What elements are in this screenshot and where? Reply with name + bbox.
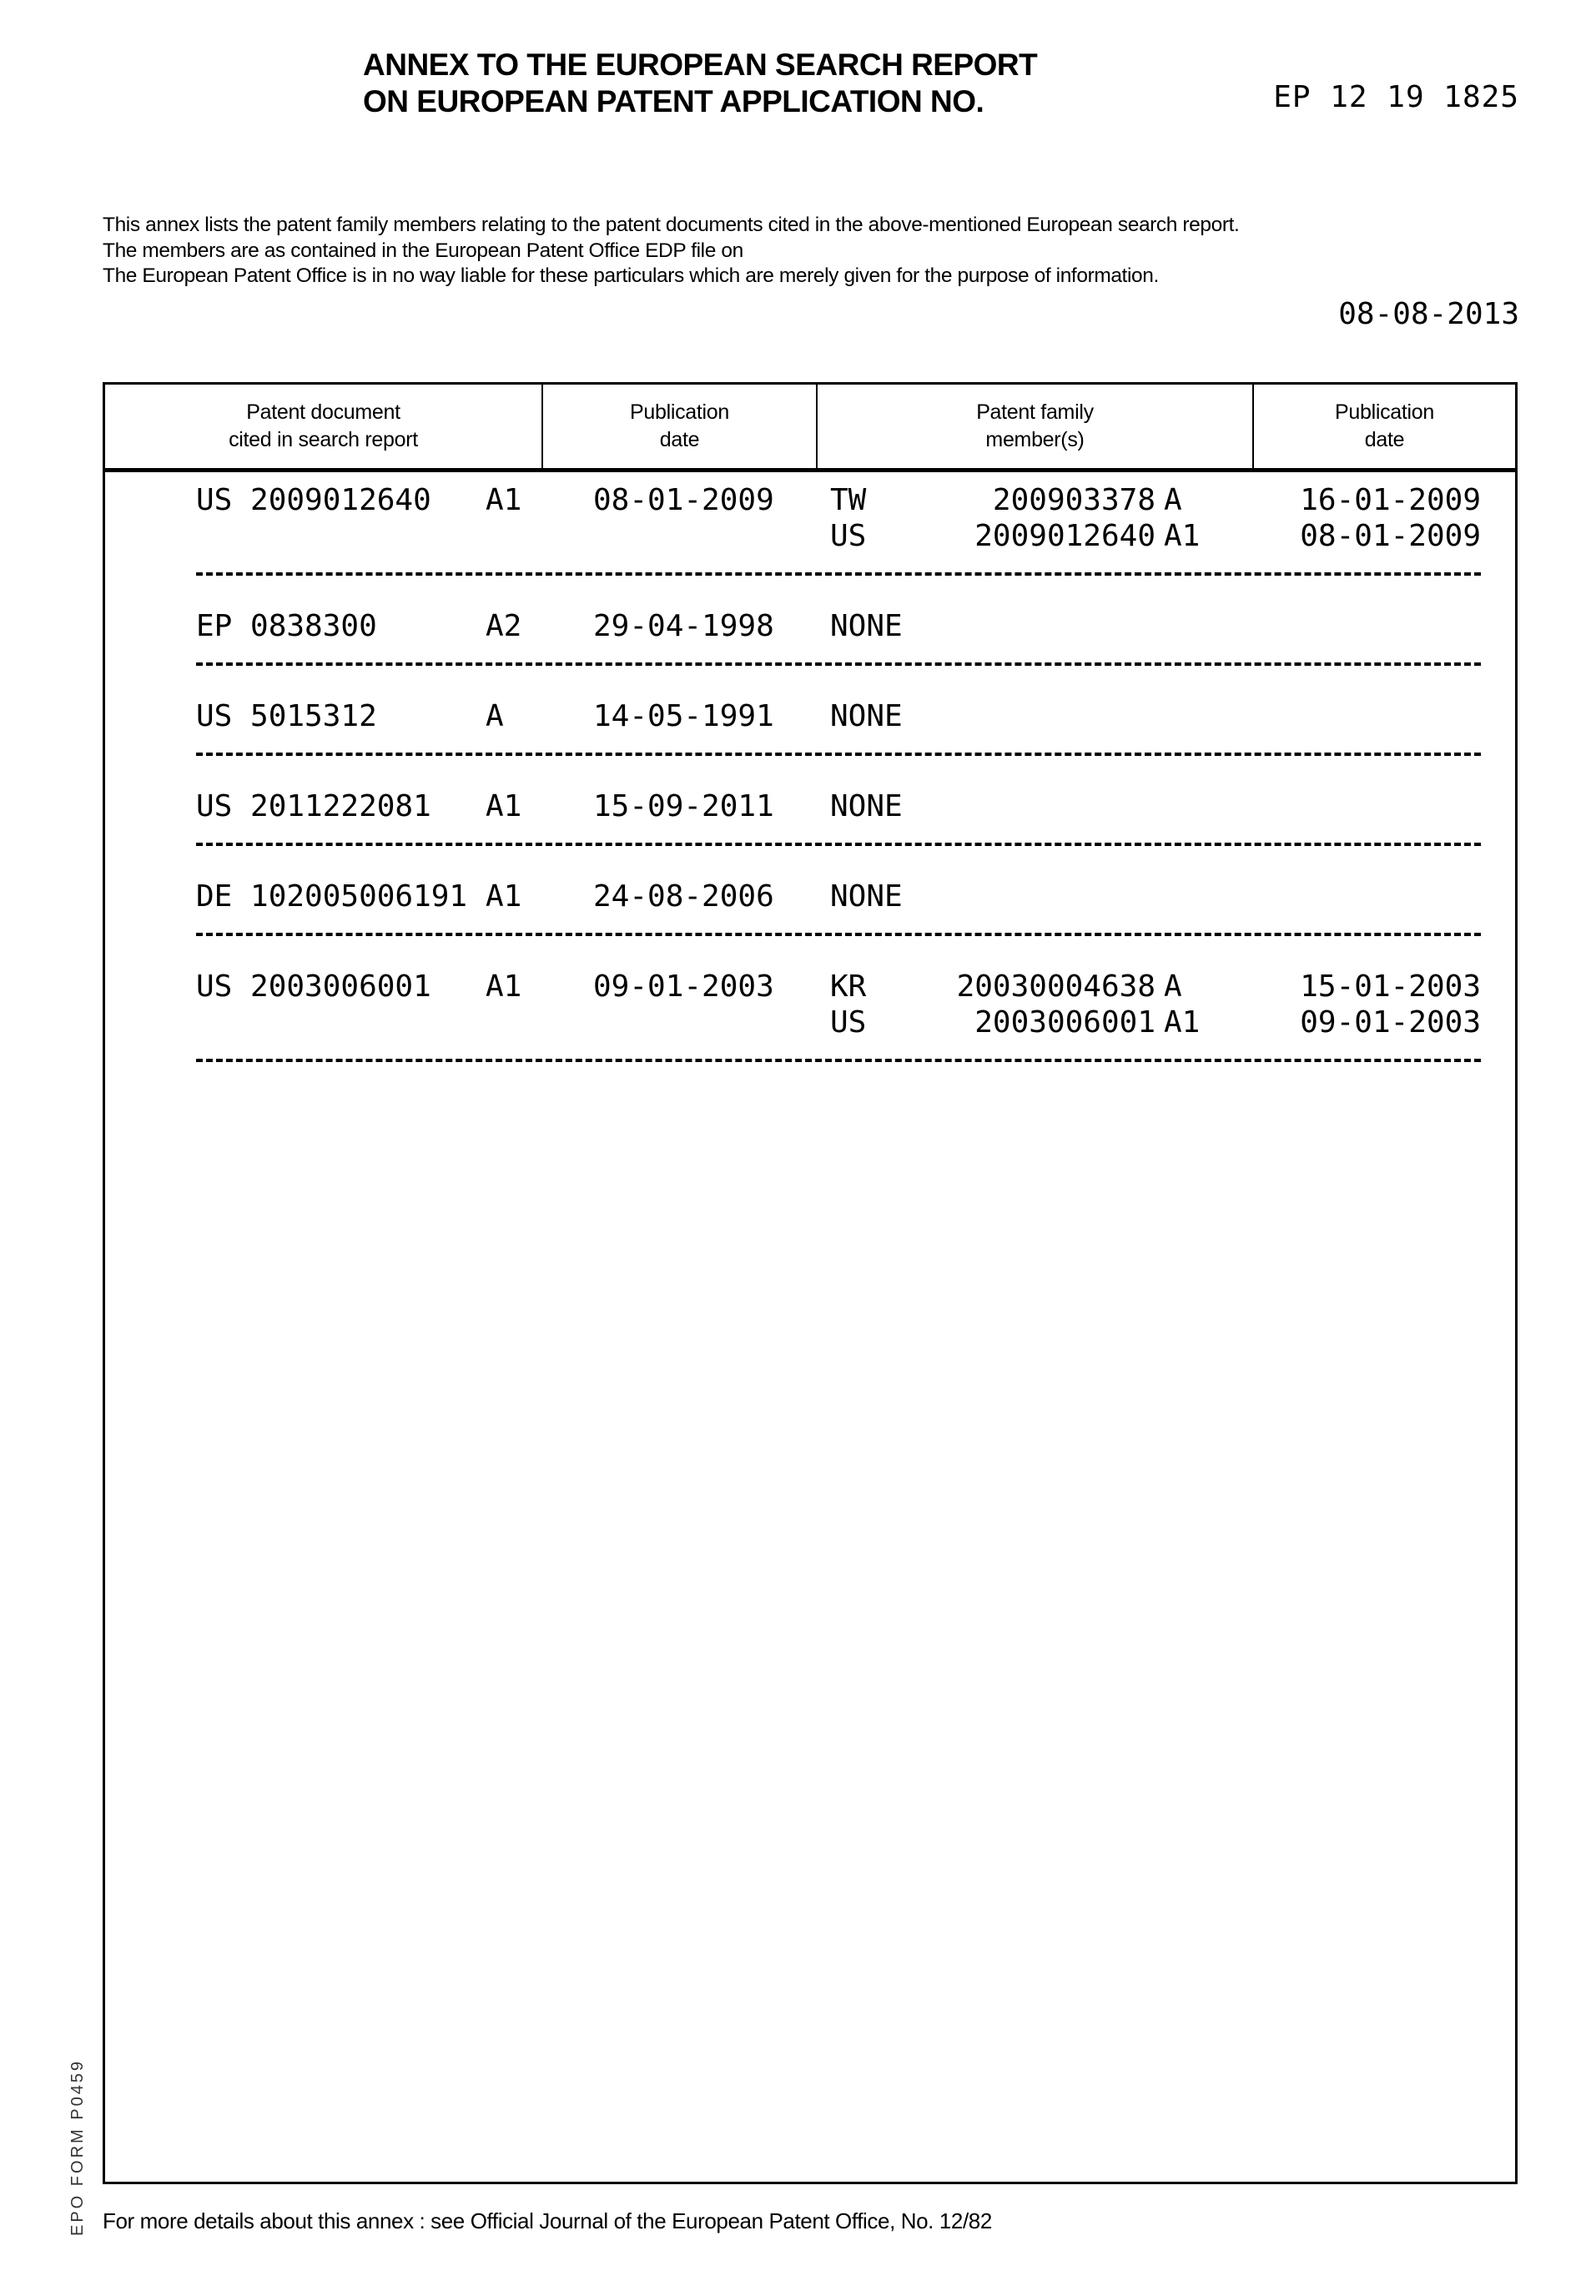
cited-publication-date: 15-09-2011 — [593, 788, 774, 824]
cited-document: EP 0838300 — [196, 608, 377, 644]
family-members: NONE — [830, 788, 1481, 824]
footer-note: For more details about this annex : see … — [103, 2208, 992, 2234]
column-header-family-members: Patent familymember(s) — [816, 385, 1252, 468]
family-country-code: TW — [830, 482, 866, 518]
cited-document-kind: A2 — [486, 608, 521, 644]
cited-document: US 5015312 — [196, 698, 377, 734]
row-separator — [196, 753, 1481, 756]
cited-document: US 2011222081 — [196, 788, 431, 824]
family-country-code: NONE — [830, 788, 903, 824]
family-kind: A1 — [1164, 1004, 1200, 1040]
family-kind: A — [1164, 482, 1182, 518]
row-separator — [196, 1059, 1481, 1062]
cited-document: US 2009012640 — [196, 482, 431, 518]
row-separator — [196, 843, 1481, 846]
family-member: NONE — [830, 788, 1481, 824]
family-member: TW200903378A16-01-2009 — [830, 482, 1481, 518]
family-members: NONE — [830, 608, 1481, 644]
family-publication-date: 08-01-2009 — [1300, 518, 1481, 554]
family-country-code: US — [830, 1004, 866, 1040]
intro-line-2: The members are as contained in the Euro… — [103, 239, 743, 264]
cited-document-kind: A1 — [486, 482, 521, 518]
family-kind: A1 — [1164, 518, 1200, 554]
family-country-code: NONE — [830, 698, 903, 734]
column-header-patent-document: Patent documentcited in search report — [105, 385, 541, 468]
row-separator — [196, 933, 1481, 936]
family-country-code: KR — [830, 969, 866, 1004]
family-members: NONE — [830, 879, 1481, 914]
patent-family-table: Patent documentcited in search report Pu… — [103, 382, 1518, 2184]
family-number: 2009012640 — [974, 518, 1155, 554]
family-country-code: NONE — [830, 608, 903, 644]
cited-publication-date: 08-01-2009 — [593, 482, 774, 518]
family-member: US2009012640A108-01-2009 — [830, 518, 1481, 554]
cited-document: DE 102005006191 — [196, 879, 467, 914]
family-members: TW200903378A16-01-2009US2009012640A108-0… — [830, 482, 1481, 554]
table-header: Patent documentcited in search report Pu… — [105, 385, 1515, 472]
family-publication-date: 16-01-2009 — [1300, 482, 1481, 518]
application-number: EP 12 19 1825 — [1273, 80, 1519, 114]
report-title-line-1: ANNEX TO THE EUROPEAN SEARCH REPORT — [363, 47, 1037, 83]
column-header-family-publication-date: Publicationdate — [1252, 385, 1515, 468]
family-number: 2003006001 — [974, 1004, 1155, 1040]
family-publication-date: 09-01-2003 — [1300, 1004, 1481, 1040]
report-title-line-2: ON EUROPEAN PATENT APPLICATION NO. — [363, 83, 984, 120]
column-header-publication-date: Publicationdate — [541, 385, 816, 468]
family-country-code: NONE — [830, 879, 903, 914]
family-members: KR20030004638A15-01-2003US2003006001A109… — [830, 969, 1481, 1040]
family-member: NONE — [830, 879, 1481, 914]
cited-document-kind: A1 — [486, 969, 521, 1004]
family-kind: A — [1164, 969, 1182, 1004]
cited-publication-date: 14-05-1991 — [593, 698, 774, 734]
family-member: US2003006001A109-01-2003 — [830, 1004, 1481, 1040]
family-country-code: US — [830, 518, 866, 554]
row-separator — [196, 572, 1481, 576]
family-number: 200903378 — [993, 482, 1155, 518]
cited-document-kind: A1 — [486, 879, 521, 914]
family-publication-date: 15-01-2003 — [1300, 969, 1481, 1004]
cited-document: US 2003006001 — [196, 969, 431, 1004]
family-member: KR20030004638A15-01-2003 — [830, 969, 1481, 1004]
form-identifier: EPO FORM P0459 — [68, 2059, 88, 2236]
cited-document-kind: A — [486, 698, 504, 734]
report-date: 08-08-2013 — [1338, 297, 1519, 331]
cited-document-kind: A1 — [486, 788, 521, 824]
family-member: NONE — [830, 698, 1481, 734]
row-separator — [196, 662, 1481, 666]
cited-publication-date: 29-04-1998 — [593, 608, 774, 644]
family-member: NONE — [830, 608, 1481, 644]
family-number: 20030004638 — [957, 969, 1155, 1004]
cited-publication-date: 24-08-2006 — [593, 879, 774, 914]
family-members: NONE — [830, 698, 1481, 734]
intro-line-3: The European Patent Office is in no way … — [103, 264, 1159, 290]
cited-publication-date: 09-01-2003 — [593, 969, 774, 1004]
intro-line-1: This annex lists the patent family membe… — [103, 213, 1239, 239]
